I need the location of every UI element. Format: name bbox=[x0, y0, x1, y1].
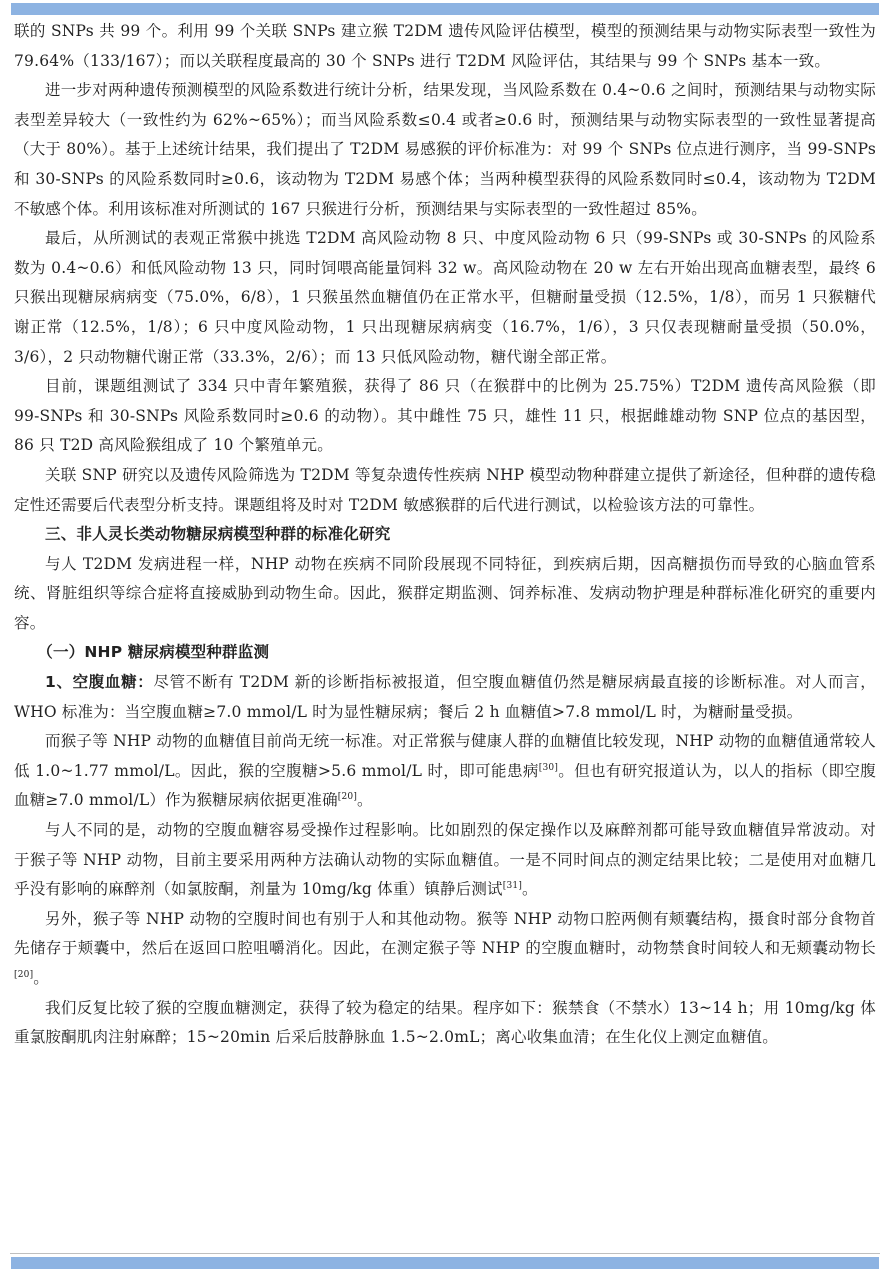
header-bar bbox=[11, 3, 879, 15]
citation: [31] bbox=[503, 881, 522, 891]
footer-divider bbox=[10, 1253, 880, 1254]
section-heading: 三、非人灵长类动物糖尿病模型种群的标准化研究 bbox=[14, 520, 876, 550]
paragraph: 目前，课题组测试了 334 只中青年繁殖猴，获得了 86 只（在猴群中的比例为 … bbox=[14, 372, 876, 461]
paragraph-text: 。 bbox=[522, 880, 538, 898]
document-body: 联的 SNPs 共 99 个。利用 99 个关联 SNPs 建立猴 T2DM 遗… bbox=[14, 17, 876, 1053]
paragraph: 与人不同的是，动物的空腹血糖容易受操作过程影响。比如剧烈的保定操作以及麻醉剂都可… bbox=[14, 816, 876, 905]
paragraph: 我们反复比较了猴的空腹血糖测定，获得了较为稳定的结果。程序如下：猴禁食（不禁水）… bbox=[14, 994, 876, 1053]
paragraph: 而猴子等 NHP 动物的血糖值目前尚无统一标准。对正常猴与健康人群的血糖值比较发… bbox=[14, 727, 876, 816]
citation: [20] bbox=[14, 970, 33, 980]
subsection-heading: （一）NHP 糖尿病模型种群监测 bbox=[14, 638, 876, 668]
paragraph-text: 另外，猴子等 NHP 动物的空腹时间也有别于人和其他动物。猴等 NHP 动物口腔… bbox=[14, 910, 876, 958]
paragraph-lead: 1、空腹血糖： bbox=[45, 673, 153, 691]
citation: [30] bbox=[539, 763, 558, 773]
paragraph: 1、空腹血糖：尽管不断有 T2DM 新的诊断指标被报道，但空腹血糖值仍然是糖尿病… bbox=[14, 668, 876, 727]
paragraph: 与人 T2DM 发病进程一样，NHP 动物在疾病不同阶段展现不同特征，到疾病后期… bbox=[14, 550, 876, 639]
paragraph: 另外，猴子等 NHP 动物的空腹时间也有别于人和其他动物。猴等 NHP 动物口腔… bbox=[14, 905, 876, 994]
footer-bar bbox=[11, 1257, 879, 1269]
paragraph-text: 。 bbox=[33, 969, 49, 987]
paragraph-text: 。 bbox=[357, 791, 373, 809]
paragraph: 最后，从所测试的表观正常猴中挑选 T2DM 高风险动物 8 只、中度风险动物 6… bbox=[14, 224, 876, 372]
citation: [20] bbox=[338, 792, 357, 802]
paragraph: 关联 SNP 研究以及遗传风险筛选为 T2DM 等复杂遗传性疾病 NHP 模型动… bbox=[14, 461, 876, 520]
paragraph: 联的 SNPs 共 99 个。利用 99 个关联 SNPs 建立猴 T2DM 遗… bbox=[14, 17, 876, 76]
paragraph: 进一步对两种遗传预测模型的风险系数进行统计分析，结果发现，当风险系数在 0.4~… bbox=[14, 76, 876, 224]
paragraph-text: 与人不同的是，动物的空腹血糖容易受操作过程影响。比如剧烈的保定操作以及麻醉剂都可… bbox=[14, 821, 876, 898]
